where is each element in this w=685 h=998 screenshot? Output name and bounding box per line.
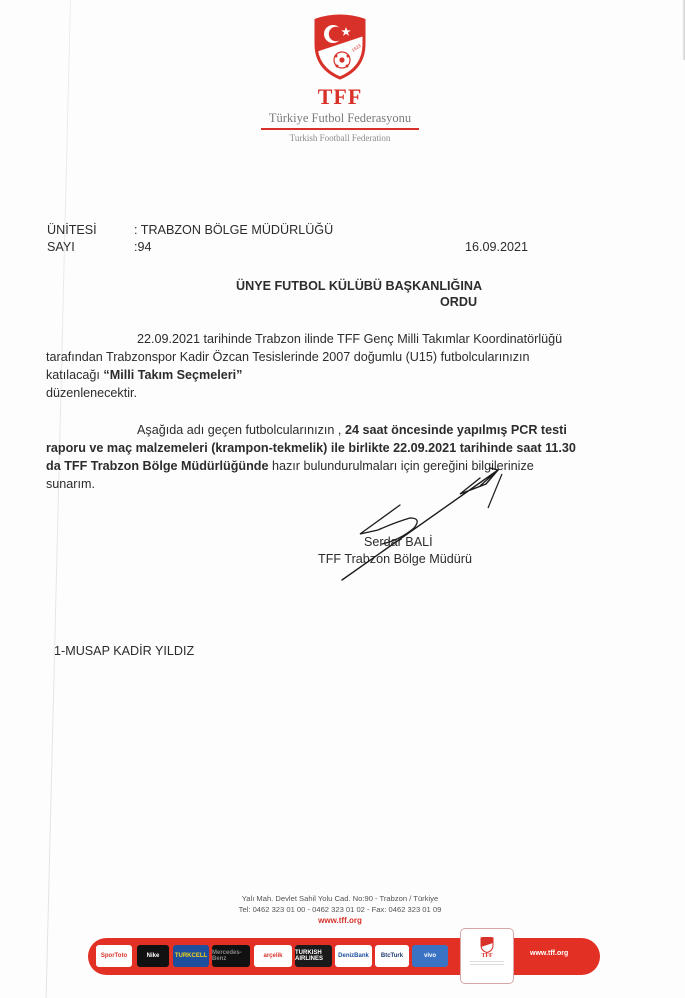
- sponsor-logo: vivo: [412, 945, 448, 967]
- tff-crest-icon: 1923: [312, 14, 368, 80]
- paper-fold-line: [46, 0, 71, 998]
- p1-line-1: 22.09.2021 tarihinde Trabzon ilinde TFF …: [137, 331, 562, 347]
- number-value: :94: [134, 239, 152, 255]
- sponsor-logo: TURKCELL: [173, 945, 209, 967]
- signature-scribble-icon: [330, 460, 520, 590]
- org-name-tr: Türkiye Futbol Federasyonu: [230, 111, 450, 126]
- bar-website: www.tff.org: [530, 950, 568, 957]
- footer-phones: Tel: 0462 323 01 00 - 0462 323 01 02 - F…: [200, 904, 480, 915]
- sponsor-logo: SporToto: [96, 945, 132, 967]
- org-short-name: TFF: [230, 84, 450, 110]
- player-1: 1-MUSAP KADİR YILDIZ: [54, 643, 194, 659]
- p1-line-4: düzenlenecektir.: [46, 385, 137, 401]
- footer-website: www.tff.org: [200, 915, 480, 926]
- recipient-line-1: ÜNYE FUTBOL KÜLÜBÜ BAŞKANLIĞINA: [236, 278, 482, 294]
- tff-mini-crest-icon: [480, 937, 494, 953]
- sponsor-logo: Mercedes-Benz: [212, 945, 250, 967]
- letter-date: 16.09.2021: [465, 239, 528, 255]
- letter-page: 1923 TFF Türkiye Futbol Federasyonu Turk…: [0, 0, 685, 998]
- org-name-en: Turkish Football Federation: [230, 133, 450, 143]
- recipient-line-2: ORDU: [440, 294, 477, 310]
- p2-line-2: raporu ve maç malzemeleri (krampon-tekme…: [46, 440, 576, 456]
- letterhead-divider: [261, 128, 419, 130]
- p2-line-1: Aşağıda adı geçen futbolcularınızın , 24…: [137, 422, 567, 438]
- number-label: SAYI: [47, 239, 75, 255]
- p1-line-3: katılacağı “Milli Takım Seçmeleri”: [46, 367, 242, 383]
- footer-address: Yalı Mah. Devlet Sahil Yolu Cad. No:90 -…: [200, 893, 480, 904]
- tff-footer-badge: TFF: [460, 928, 514, 984]
- p1-line-2: tarafından Trabzonspor Kadir Özcan Tesis…: [46, 349, 530, 365]
- sponsor-logo: Nike: [137, 945, 169, 967]
- letterhead: 1923 TFF Türkiye Futbol Federasyonu Turk…: [230, 14, 450, 143]
- event-name: “Milli Takım Seçmeleri”: [103, 368, 242, 382]
- sponsor-logo: TURKISH AIRLINES: [295, 945, 332, 967]
- unit-value: : TRABZON BÖLGE MÜDÜRLÜĞÜ: [134, 222, 333, 238]
- unit-label: ÜNİTESİ: [47, 222, 97, 238]
- p2-line-4: sunarım.: [46, 476, 95, 492]
- sponsor-logo: BtcTurk: [375, 945, 409, 967]
- sponsor-logo: arçelik: [254, 945, 292, 967]
- sponsor-logo: DenizBank: [335, 945, 372, 967]
- footer-contact: Yalı Mah. Devlet Sahil Yolu Cad. No:90 -…: [200, 893, 480, 926]
